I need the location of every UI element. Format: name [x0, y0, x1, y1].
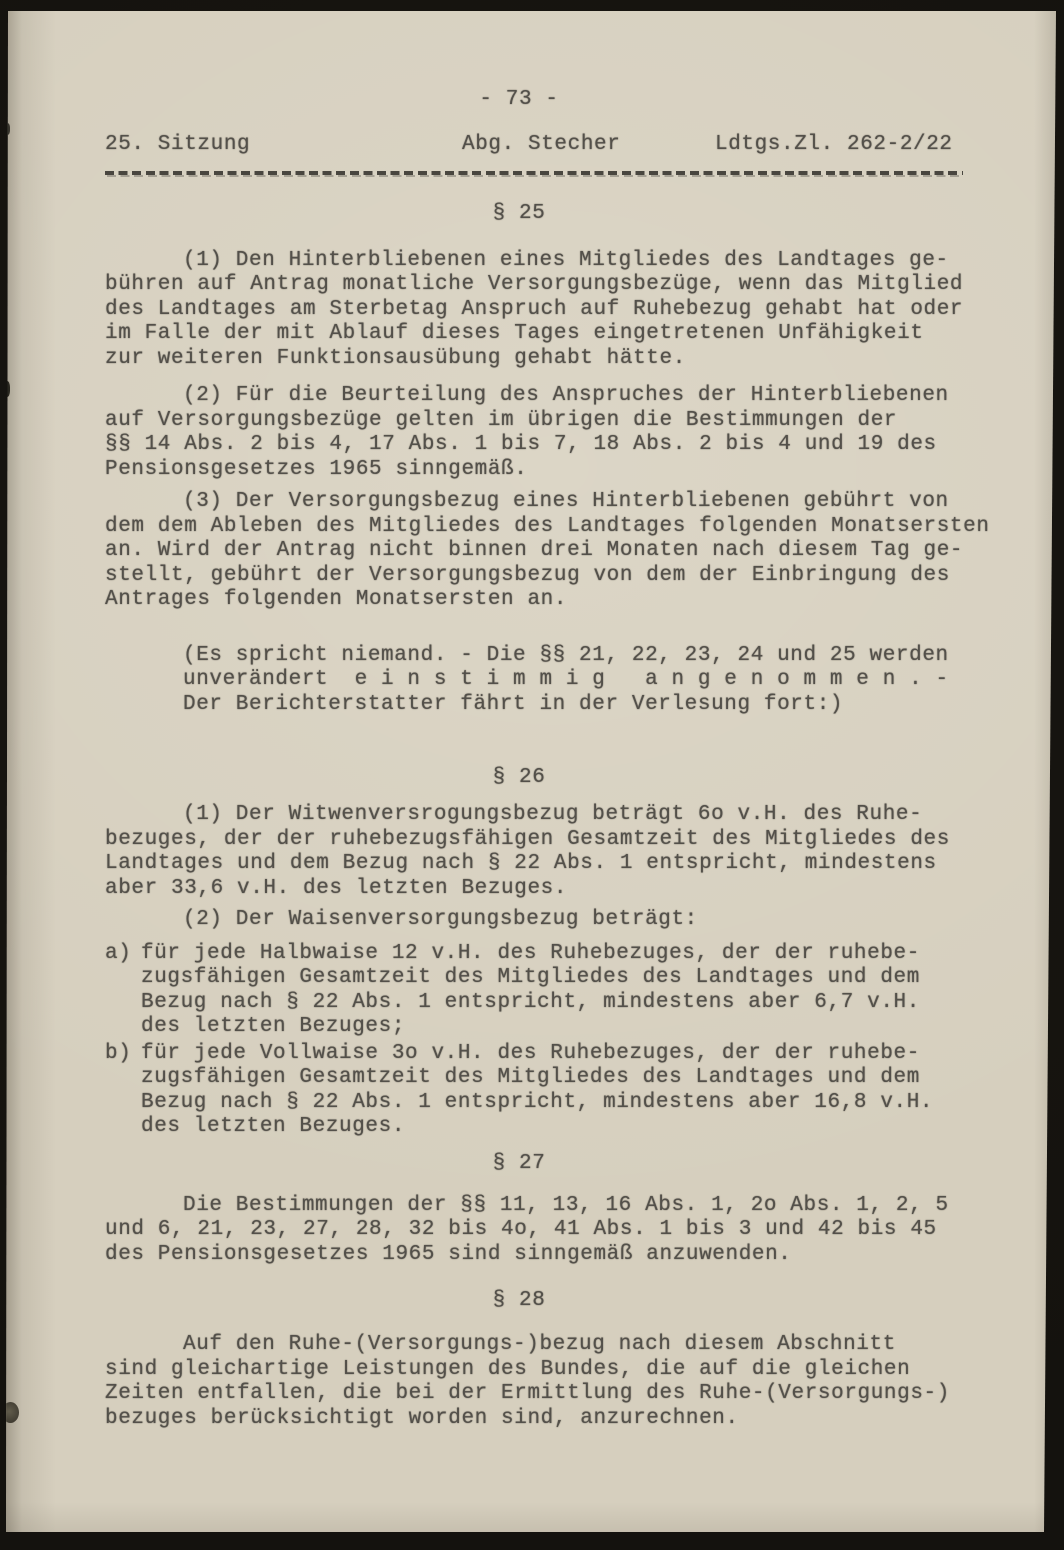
text-line: dem dem Ableben des Mitgliedes des Landt…: [105, 515, 1025, 540]
section-heading-28: § 28: [59, 1289, 979, 1314]
header: 25. Sitzung Abg. Stecher Ldtgs.Zl. 262-2…: [105, 133, 1025, 158]
text-line: (2) Für die Beurteilung des Anspruches d…: [105, 384, 1025, 409]
paragraph: Die Bestimmungen der §§ 11, 13, 16 Abs. …: [105, 1194, 1025, 1268]
text-line: Auf den Ruhe-(Versorgungs-)bezug nach di…: [105, 1333, 1025, 1358]
text-line: Bezug nach § 22 Abs. 1 entspricht, minde…: [141, 1091, 933, 1116]
list-item: b) für jede Vollwaise 3o v.H. des Ruhebe…: [105, 1042, 1025, 1140]
text-line: zugsfähigen Gesamtzeit des Mitgliedes de…: [141, 966, 920, 991]
text-line: Der Berichterstatter fährt in der Verles…: [183, 693, 1025, 718]
page-content: - 73 - 25. Sitzung Abg. Stecher Ldtgs.Zl…: [105, 88, 1025, 1431]
text-line: §§ 14 Abs. 2 bis 4, 17 Abs. 1 bis 7, 18 …: [105, 433, 1025, 458]
paragraph: (2) Der Waisenversorgungsbezug beträgt:: [105, 908, 1025, 933]
text-line: auf Versorgungsbezüge gelten im übrigen …: [105, 409, 1025, 434]
paragraph: Auf den Ruhe-(Versorgungs-)bezug nach di…: [105, 1333, 1025, 1431]
dashed-rule: [105, 171, 963, 177]
text-line: stellt, gebührt der Versorgungsbezug von…: [105, 564, 1025, 589]
paragraph: (2) Für die Beurteilung des Anspruches d…: [105, 384, 1025, 482]
text-line: (2) Der Waisenversorgungsbezug beträgt:: [105, 908, 1025, 933]
text-line: sind gleichartige Leistungen des Bundes,…: [105, 1358, 1025, 1383]
procedural-note: (Es spricht niemand. - Die §§ 21, 22, 23…: [183, 644, 1025, 718]
scan-background: - 73 - 25. Sitzung Abg. Stecher Ldtgs.Zl…: [0, 0, 1064, 1550]
text-line: (Es spricht niemand. - Die §§ 21, 22, 23…: [183, 644, 1025, 669]
page-number: - 73 -: [59, 88, 979, 113]
text-line: für jede Halbwaise 12 v.H. des Ruhebezug…: [141, 942, 920, 967]
text-line: des letzten Bezuges.: [141, 1115, 933, 1140]
text-line: bühren auf Antrag monatliche Versorgungs…: [105, 273, 1025, 298]
text-line: im Falle der mit Ablauf dieses Tages ein…: [105, 322, 1025, 347]
section-heading-26: § 26: [59, 766, 979, 791]
edge-notch: [3, 381, 10, 397]
list-marker: b): [105, 1042, 141, 1140]
text-line: zugsfähigen Gesamtzeit des Mitgliedes de…: [141, 1066, 933, 1091]
paragraph: (3) Der Versorgungsbezug eines Hinterbli…: [105, 490, 1025, 613]
list-marker: a): [105, 942, 141, 1040]
edge-notch: [4, 123, 10, 135]
text-line: und 6, 21, 23, 27, 28, 32 bis 4o, 41 Abs…: [105, 1218, 1025, 1243]
section-heading-27: § 27: [59, 1152, 979, 1177]
text-line: des letzten Bezuges;: [141, 1015, 920, 1040]
text-line: unverändert e i n s t i m m i g a n g e …: [183, 668, 1025, 693]
header-session: 25. Sitzung: [105, 133, 250, 158]
text-line: an. Wird der Antrag nicht binnen drei Mo…: [105, 539, 1025, 564]
text-line: des Landtages am Sterbetag Anspruch auf …: [105, 298, 1025, 323]
text-line: Antrages folgenden Monatsersten an.: [105, 588, 1025, 613]
list-item-text: für jede Halbwaise 12 v.H. des Ruhebezug…: [141, 942, 920, 1040]
text-line: Bezug nach § 22 Abs. 1 entspricht, minde…: [141, 991, 920, 1016]
paragraph: (1) Den Hinterbliebenen eines Mitgliedes…: [105, 249, 1025, 372]
list-item: a) für jede Halbwaise 12 v.H. des Ruhebe…: [105, 942, 1025, 1040]
header-speaker: Abg. Stecher: [462, 133, 620, 158]
text-line: bezuges, der der ruhebezugsfähigen Gesam…: [105, 828, 1025, 853]
text-line: Die Bestimmungen der §§ 11, 13, 16 Abs. …: [105, 1194, 1025, 1219]
text-line: für jede Vollwaise 3o v.H. des Ruhebezug…: [141, 1042, 933, 1067]
paragraph: (1) Der Witwenversrogungsbezug beträgt 6…: [105, 803, 1025, 901]
text-line: Pensionsgesetzes 1965 sinngemäß.: [105, 458, 1025, 483]
punch-hole: [2, 1402, 19, 1423]
header-reference: Ldtgs.Zl. 262-2/22: [715, 133, 953, 158]
document-page: - 73 - 25. Sitzung Abg. Stecher Ldtgs.Zl…: [6, 11, 1056, 1532]
text-line: bezuges berücksichtigt worden sind, anzu…: [105, 1407, 1025, 1432]
text-line: zur weiteren Funktionsausübung gehabt hä…: [105, 347, 1025, 372]
text-line: aber 33,6 v.H. des letzten Bezuges.: [105, 877, 1025, 902]
text-line: des Pensionsgesetzes 1965 sind sinngemäß…: [105, 1243, 1025, 1268]
text-line: (1) Der Witwenversrogungsbezug beträgt 6…: [105, 803, 1025, 828]
section-heading-25: § 25: [59, 202, 979, 227]
text-line: Zeiten entfallen, die bei der Ermittlung…: [105, 1382, 1025, 1407]
list-item-text: für jede Vollwaise 3o v.H. des Ruhebezug…: [141, 1042, 933, 1140]
text-line: Landtages und dem Bezug nach § 22 Abs. 1…: [105, 852, 1025, 877]
text-line: (3) Der Versorgungsbezug eines Hinterbli…: [105, 490, 1025, 515]
text-line: (1) Den Hinterbliebenen eines Mitgliedes…: [105, 249, 1025, 274]
